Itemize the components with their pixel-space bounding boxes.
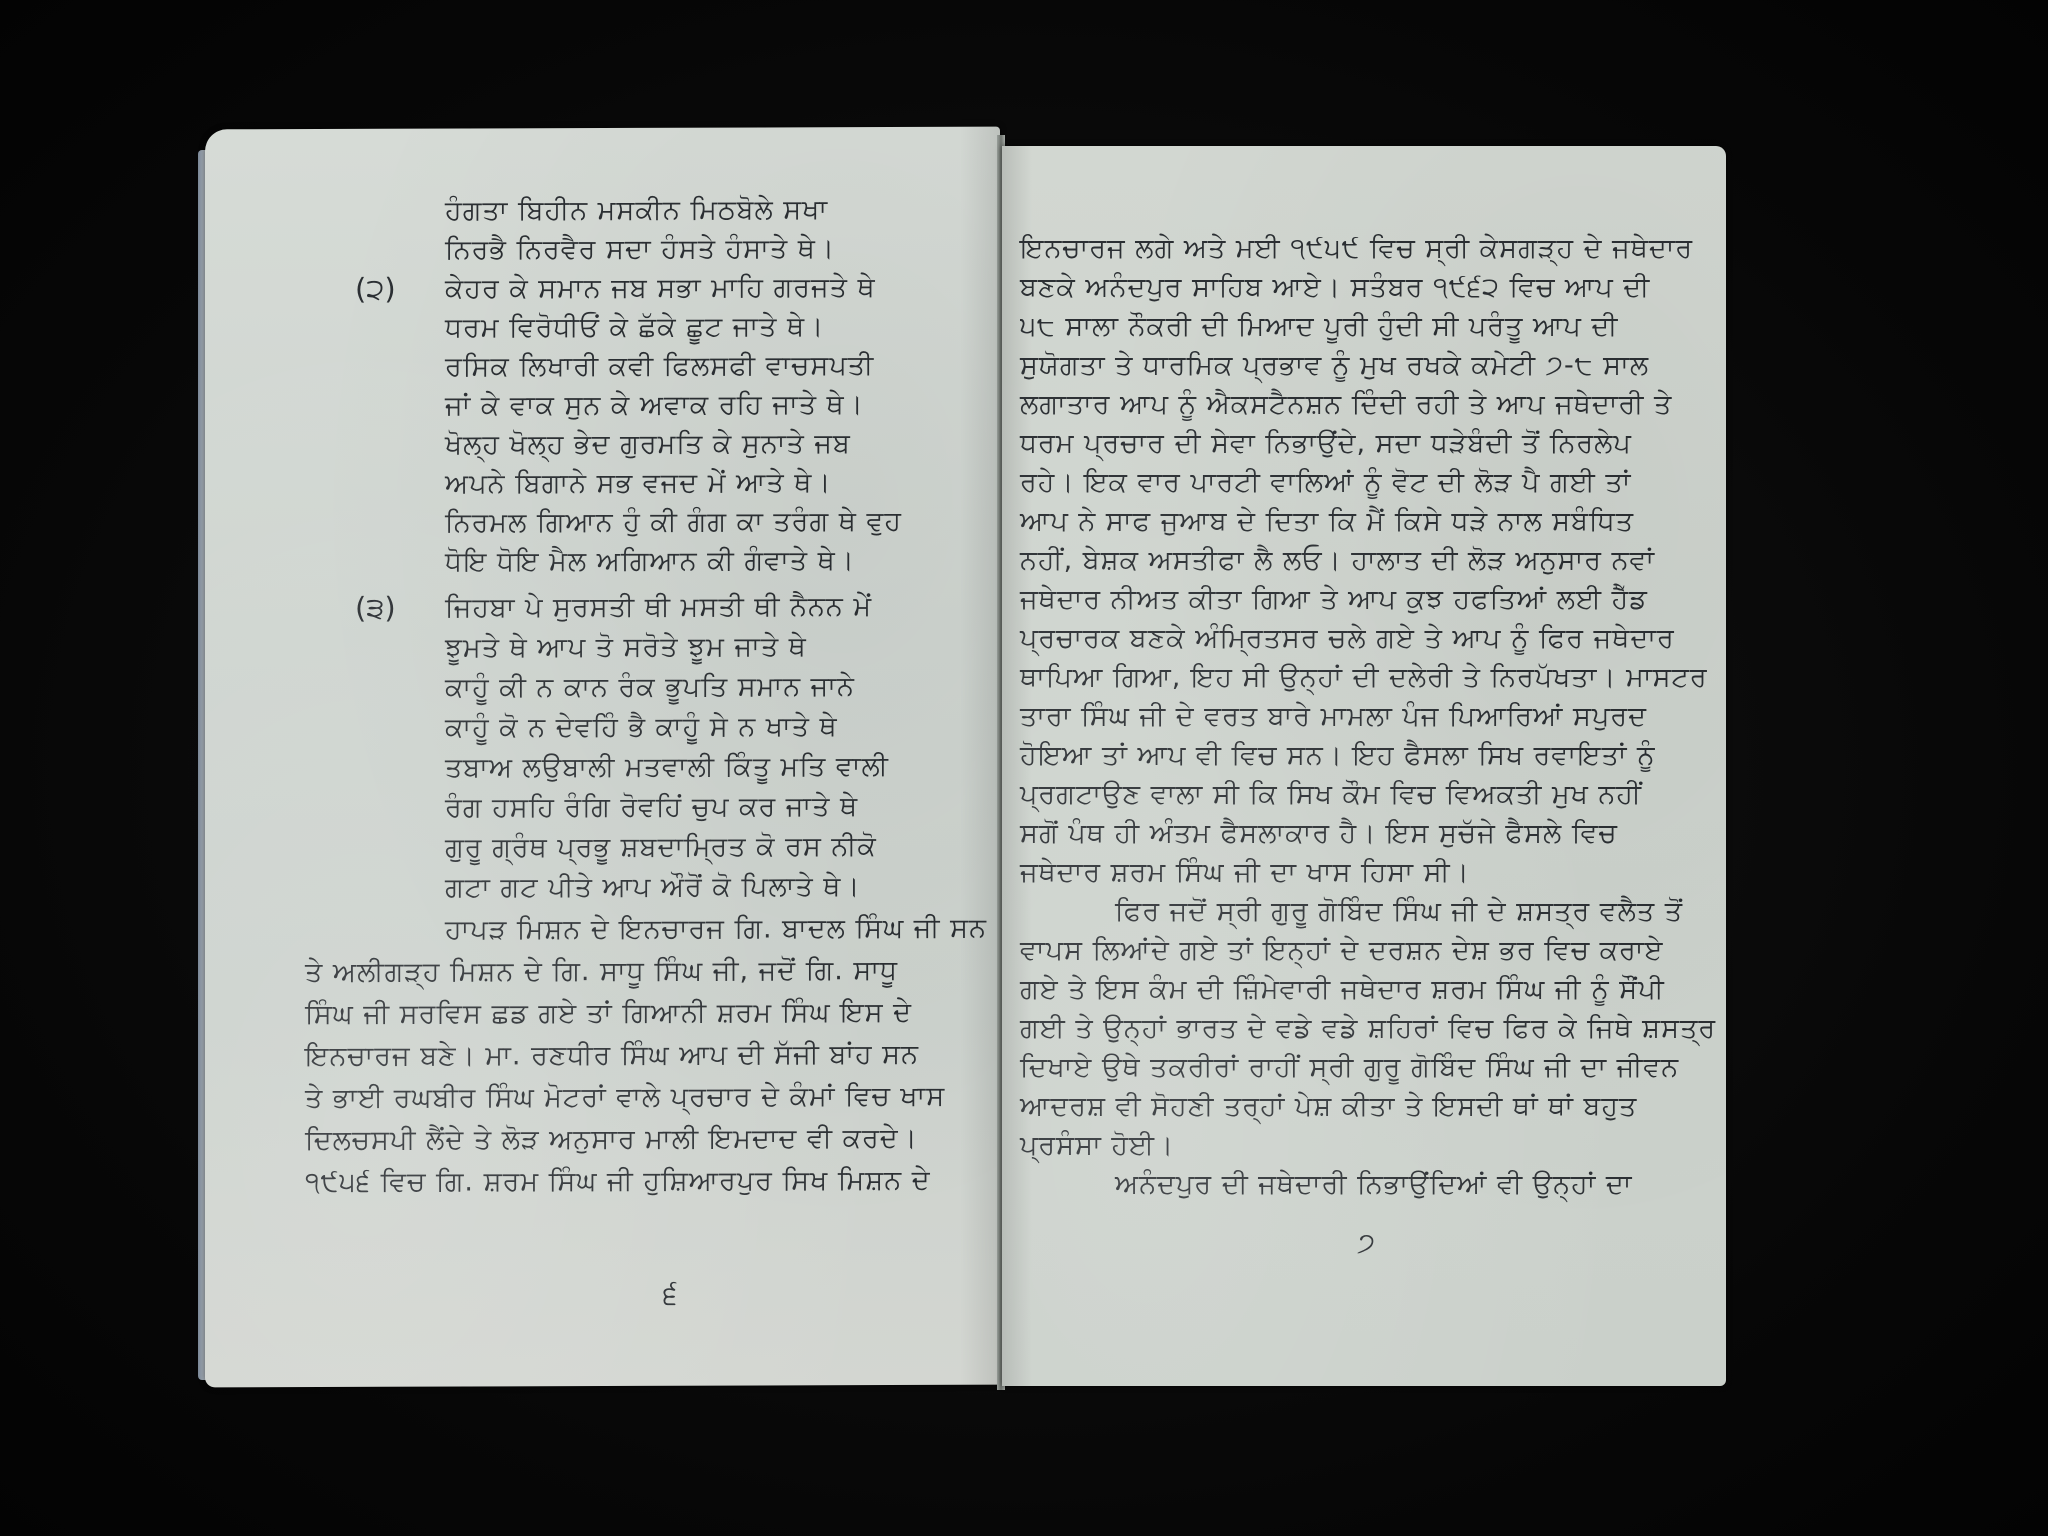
verse-number: (੨) [355,272,396,307]
prose-line: ਥਾਪਿਆ ਗਿਆ, ਇਹ ਸੀ ਉਨ੍ਹਾਂ ਦੀ ਦਲੇਰੀ ਤੇ ਨਿਰਪ… [1020,660,1708,696]
left-page: ਹੰਗਤਾ ਬਿਹੀਨ ਮਸਕੀਨ ਮਿਠਬੋਲੇ ਸਖਾ ਨਿਰਭੈ ਨਿਰਵ… [205,127,1000,1388]
verse-line: ਕਾਹੂੰ ਕੀ ਨ ਕਾਨ ਰੰਕ ਭੂਪਤਿ ਸਮਾਨ ਜਾਨੇ [445,669,855,706]
prose-line: ਦਿਖਾਏ ਉਥੇ ਤਕਰੀਰਾਂ ਰਾਹੀਂ ਸ੍ਰੀ ਗੁਰੂ ਗੋਬਿੰਦ… [1020,1050,1679,1086]
prose-line: ਪ੍ਰਗਟਾਉਣ ਵਾਲਾ ਸੀ ਕਿ ਸਿਖ ਕੌਮ ਵਿਚ ਵਿਅਕਤੀ ਮ… [1020,777,1642,813]
prose-line: ਇਨਚਾਰਜ ਬਣੇ। ਮਾ. ਰਣਧੀਰ ਸਿੰਘ ਆਪ ਦੀ ਸੱਜੀ ਬਾ… [305,1037,919,1075]
prose-line: ਤੇ ਭਾਈ ਰਘਬੀਰ ਸਿੰਘ ਮੋਟਰਾਂ ਵਾਲੇ ਪ੍ਰਚਾਰ ਦੇ … [305,1079,945,1117]
verse-line: ਅਪਨੇ ਬਿਗਾਨੇ ਸਭ ਵਜਦ ਮੇਂ ਆਤੇ ਥੇ। [445,465,832,502]
prose-line: ਆਦਰਸ਼ ਵੀ ਸੋਹਣੀ ਤਰ੍ਹਾਂ ਪੇਸ਼ ਕੀਤਾ ਤੇ ਇਸਦੀ … [1020,1089,1637,1125]
verse-intro-line: ਹੰਗਤਾ ਬਿਹੀਨ ਮਸਕੀਨ ਮਿਠਬੋਲੇ ਸਖਾ [445,192,828,229]
prose-line: ਤੇ ਅਲੀਗੜ੍ਹ ਮਿਸ਼ਨ ਦੇ ਗਿ. ਸਾਧੂ ਸਿੰਘ ਜੀ, ਜਦ… [305,953,898,991]
verse-line: ਤਬਾਅ ਲਉਬਾਲੀ ਮਤਵਾਲੀ ਕਿੰਤੂ ਮਤਿ ਵਾਲੀ [445,749,889,787]
prose-line: ਧਰਮ ਪ੍ਰਚਾਰ ਦੀ ਸੇਵਾ ਨਿਭਾਉਂਦੇ, ਸਦਾ ਧੜੇਬੰਦੀ… [1020,426,1632,462]
prose-line: ਅਨੰਦਪੁਰ ਦੀ ਜਥੇਦਾਰੀ ਨਿਭਾਉਂਦਿਆਂ ਵੀ ਉਨ੍ਹਾਂ … [1020,1167,1632,1203]
prose-line: ਲਗਾਤਾਰ ਆਪ ਨੂੰ ਐਕਸਟੈਨਸ਼ਨ ਦਿੰਦੀ ਰਹੀ ਤੇ ਆਪ … [1020,387,1672,423]
prose-line: ਰਹੇ। ਇਕ ਵਾਰ ਪਾਰਟੀ ਵਾਲਿਆਂ ਨੂੰ ਵੋਟ ਦੀ ਲੋੜ … [1020,465,1631,501]
prose-line: ਸੁਯੋਗਤਾ ਤੇ ਧਾਰਮਿਕ ਪ੍ਰਭਾਵ ਨੂੰ ਮੁਖ ਰਖਕੇ ਕਮ… [1020,348,1649,384]
prose-line: ੫੮ ਸਾਲਾ ਨੌਕਰੀ ਦੀ ਮਿਆਦ ਪੂਰੀ ਹੁੰਦੀ ਸੀ ਪਰੰਤ… [1020,309,1618,345]
right-page: ਇਨਚਾਰਜ ਲਗੇ ਅਤੇ ਮਈ ੧੯੫੯ ਵਿਚ ਸ੍ਰੀ ਕੇਸਗੜ੍ਹ … [1002,146,1726,1386]
verse-line: ਧਰਮ ਵਿਰੋਧੀਓਂ ਕੇ ਛੱਕੇ ਛੂਟ ਜਾਤੇ ਥੇ। [445,309,824,346]
verse-number: (੩) [355,591,396,626]
prose-line: ਗਏ ਤੇ ਇਸ ਕੰਮ ਦੀ ਜ਼ਿੰਮੇਵਾਰੀ ਜਥੇਦਾਰ ਸ਼ਰਮ ਸ… [1020,972,1665,1008]
verse-line: ਧੋਇ ਧੋਇ ਮੈਲ ਅਗਿਆਨ ਕੀ ਗੰਵਾਤੇ ਥੇ। [445,543,855,580]
verse-intro-line: ਨਿਰਭੈ ਨਿਰਵੈਰ ਸਦਾ ਹੰਸਤੇ ਹੰਸਾਤੇ ਥੇ। [445,231,835,268]
verse-line: ਕਾਹੂੰ ਕੋ ਨ ਦੇਵਹਿੰ ਭੈ ਕਾਹੂੰ ਸੇ ਨ ਖਾਤੇ ਥੇ [445,709,838,746]
verse-line: ਰਸਿਕ ਲਿਖਾਰੀ ਕਵੀ ਫਿਲਸਫੀ ਵਾਚਸਪਤੀ [445,348,874,385]
verse-line: ਨਿਰਮਲ ਗਿਆਨ ਹੁੰ ਕੀ ਗੰਗ ਕਾ ਤਰੰਗ ਥੇ ਵੁਹ [445,504,902,542]
verse-line: ਗਟਾ ਗਟ ਪੀਤੇ ਆਪ ਔਰੋਂ ਕੋ ਪਿਲਾਤੇ ਥੇ। [445,869,861,906]
verse-line: ਜਾਂ ਕੇ ਵਾਕ ਸੁਨ ਕੇ ਅਵਾਕ ਰਹਿ ਜਾਤੇ ਥੇ। [445,387,864,424]
prose-line: ਦਿਲਚਸਪੀ ਲੈਂਦੇ ਤੇ ਲੋੜ ਅਨੁਸਾਰ ਮਾਲੀ ਇਮਦਾਦ ਵ… [305,1121,918,1159]
prose-line: ਪ੍ਰਚਾਰਕ ਬਣਕੇ ਅੰਮ੍ਰਿਤਸਰ ਚਲੇ ਗਏ ਤੇ ਆਪ ਨੂੰ … [1020,621,1675,657]
prose-line: ਫਿਰ ਜਦੋਂ ਸ੍ਰੀ ਗੁਰੂ ਗੋਬਿੰਦ ਸਿੰਘ ਜੀ ਦੇ ਸ਼ਸ… [1020,894,1683,930]
prose-line: ਪ੍ਰਸੰਸਾ ਹੋਈ। [1020,1128,1174,1164]
prose-line: ੧੯੫੬ ਵਿਚ ਗਿ. ਸ਼ਰਮ ਸਿੰਘ ਜੀ ਹੁਸ਼ਿਆਰਪੁਰ ਸਿਖ… [305,1163,931,1201]
prose-line: ਹੋਇਆ ਤਾਂ ਆਪ ਵੀ ਵਿਚ ਸਨ। ਇਹ ਫੈਸਲਾ ਸਿਖ ਰਵਾਇ… [1020,738,1656,774]
prose-line: ਵਾਪਸ ਲਿਆਂਦੇ ਗਏ ਤਾਂ ਇਨ੍ਹਾਂ ਦੇ ਦਰਸ਼ਨ ਦੇਸ਼ … [1020,933,1663,969]
page-number: ੭ [1357,1226,1375,1260]
prose-line: ਆਪ ਨੇ ਸਾਫ ਜੁਆਬ ਦੇ ਦਿਤਾ ਕਿ ਮੈਂ ਕਿਸੇ ਧੜੇ ਨ… [1020,504,1634,540]
verse-line: ਜਿਹਬਾ ਪੇ ਸੁਰਸਤੀ ਥੀ ਮਸਤੀ ਥੀ ਨੈਨਨ ਮੇਂ [445,589,872,626]
spine-shadow [960,127,1000,1385]
verse-line: ਖੋਲ੍ਹ ਖੋਲ੍ਹ ਭੇਦ ਗੁਰਮਤਿ ਕੇ ਸੁਨਾਤੇ ਜਬ [445,426,851,463]
prose-line: ਸਗੋਂ ਪੰਥ ਹੀ ਅੰਤਮ ਫੈਸਲਾਕਾਰ ਹੈ। ਇਸ ਸੁਚੱਜੇ … [1020,816,1618,852]
verse-line: ਗੁਰੂ ਗ੍ਰੰਥ ਪ੍ਰਭੂ ਸ਼ਬਦਾਮ੍ਰਿਤ ਕੋ ਰਸ ਨੀਕੋ [445,829,877,867]
prose-line: ਜਥੇਦਾਰ ਸ਼ਰਮ ਸਿੰਘ ਜੀ ਦਾ ਖਾਸ ਹਿਸਾ ਸੀ। [1020,855,1470,891]
prose-line: ਤਾਰਾ ਸਿੰਘ ਜੀ ਦੇ ਵਰਤ ਬਾਰੇ ਮਾਮਲਾ ਪੰਜ ਪਿਆਰਿ… [1020,699,1647,735]
prose-line: ਗਈ ਤੇ ਉਨ੍ਹਾਂ ਭਾਰਤ ਦੇ ਵਡੇ ਵਡੇ ਸ਼ਹਿਰਾਂ ਵਿਚ… [1020,1011,1716,1047]
verse-line: ਝੂਮਤੇ ਥੇ ਆਪ ਤੋ ਸਰੋਤੇ ਝੂਮ ਜਾਤੇ ਥੇ [445,629,807,666]
prose-line: ਬਣਕੇ ਅਨੰਦਪੁਰ ਸਾਹਿਬ ਆਏ। ਸਤੰਬਰ ੧੯੬੨ ਵਿਚ ਆਪ… [1020,270,1650,306]
verse-line: ਕੇਹਰ ਕੇ ਸਮਾਨ ਜਬ ਸਭਾ ਮਾਹਿ ਗਰਜਤੇ ਥੇ [445,270,876,308]
prose-line: ਹਾਪੜ ਮਿਸ਼ਨ ਦੇ ਇਨਚਾਰਜ ਗਿ. ਬਾਦਲ ਸਿੰਘ ਜੀ ਸਨ [305,911,987,949]
prose-line: ਜਥੇਦਾਰ ਨੀਅਤ ਕੀਤਾ ਗਿਆ ਤੇ ਆਪ ਕੁਝ ਹਫਤਿਆਂ ਲਈ… [1020,582,1648,618]
verse-line: ਰੰਗ ਹਸਹਿ ਰੰਗਿ ਰੋਵਹਿਂ ਚੁਪ ਕਰ ਜਾਤੇ ਥੇ [445,789,858,826]
page-number: ੬ [663,1278,677,1312]
prose-line: ਇਨਚਾਰਜ ਲਗੇ ਅਤੇ ਮਈ ੧੯੫੯ ਵਿਚ ਸ੍ਰੀ ਕੇਸਗੜ੍ਹ … [1020,231,1693,267]
prose-line: ਨਹੀਂ, ਬੇਸ਼ਕ ਅਸਤੀਫਾ ਲੈ ਲਓ। ਹਾਲਾਤ ਦੀ ਲੋੜ ਅ… [1020,543,1655,579]
prose-line: ਸਿੰਘ ਜੀ ਸਰਵਿਸ ਛਡ ਗਏ ਤਾਂ ਗਿਆਨੀ ਸ਼ਰਮ ਸਿੰਘ … [305,995,912,1033]
